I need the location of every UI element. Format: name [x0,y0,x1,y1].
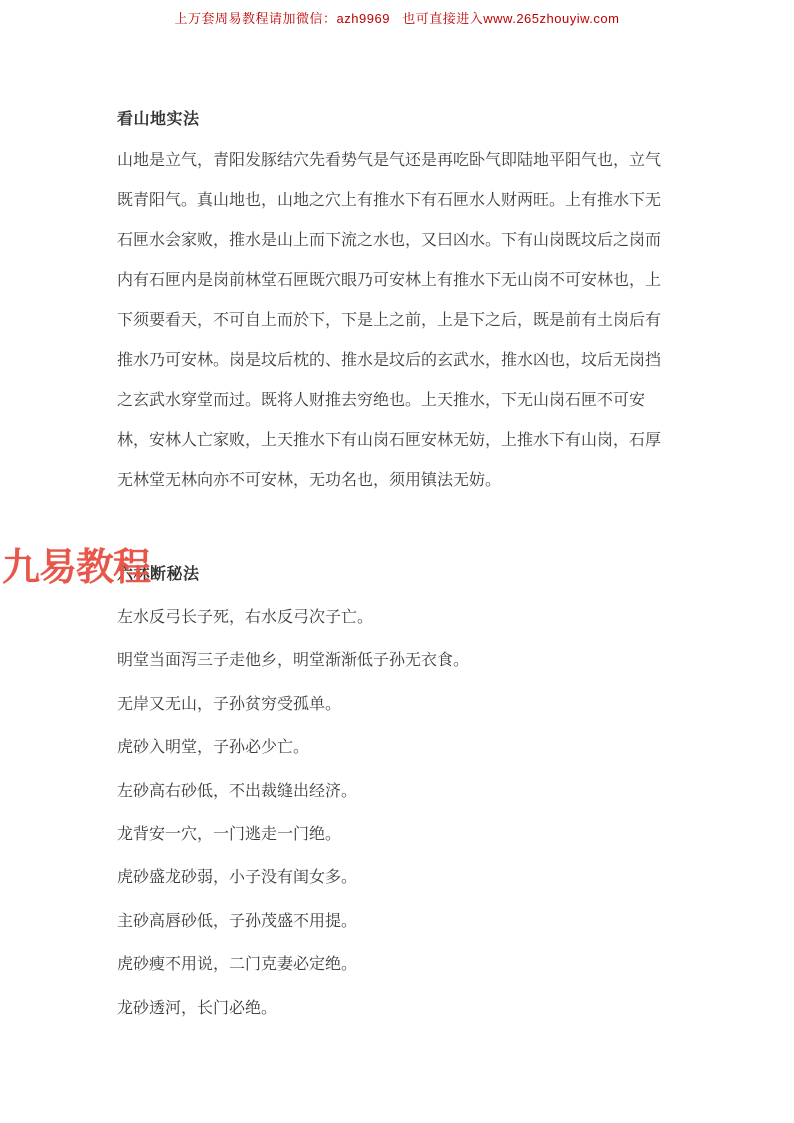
section2-list: 左水反弓长子死，右水反弓次子亡。 明堂当面泻三子走他乡，明堂渐渐低子孙无衣食。 … [117,596,683,1030]
list-line: 龙背安一穴，一门逃走一门绝。 [117,813,683,856]
list-line: 主砂高唇砂低，子孙茂盛不用提。 [117,900,683,943]
paragraph-line: 无林堂无林向亦不可安林，无功名也，须用镇法无妨。 [117,461,683,501]
document-page: 上万套周易教程请加微信：azh9969 也可直接进入www.265zhouyiw… [0,0,794,1123]
paragraph-line: 既青阳气。真山地也，山地之穴上有推水下有石匣水人财两旺。上有推水下无 [117,181,683,221]
list-line: 虎砂入明堂，子孙必少亡。 [117,726,683,769]
list-line: 无岸又无山，子孙贫穷受孤单。 [117,683,683,726]
list-line: 龙砂透河，长门必绝。 [117,987,683,1030]
paragraph-line: 推水乃可安林。岗是坟后枕的、推水是坟后的玄武水，推水凶也，坟后无岗挡 [117,341,683,381]
paragraph-line: 石匣水会家败，推水是山上而下流之水也，又曰凶水。下有山岗既坟后之岗而 [117,221,683,261]
page-header-promo-text: 上万套周易教程请加微信：azh9969 也可直接进入www.265zhouyiw… [0,8,794,27]
paragraph-line: 山地是立气，青阳发豚结穴先看势气是气还是再吃卧气即陆地平阳气也，立气 [117,141,683,181]
list-line: 左水反弓长子死，右水反弓次子亡。 [117,596,683,639]
list-line: 虎砂瘦不用说，二门克妻必定绝。 [117,943,683,986]
paragraph-line: 林，安林人亡家败，上天推水下有山岗石匣安林无妨，上推水下有山岗，石厚 [117,421,683,461]
watermark-brand-text: 九易教程 [2,536,150,591]
section1-paragraph: 山地是立气，青阳发豚结穴先看势气是气还是再吃卧气即陆地平阳气也，立气 既青阳气。… [117,141,683,501]
paragraph-line: 下须要看天，不可自上而於下，下是上之前，上是下之后，既是前有土岗后有 [117,301,683,341]
list-line: 虎砂盛龙砂弱，小子没有闺女多。 [117,856,683,899]
section1-title: 看山地实法 [117,106,200,129]
list-line: 明堂当面泻三子走他乡，明堂渐渐低子孙无衣食。 [117,639,683,682]
paragraph-line: 内有石匣内是岗前林堂石匣既穴眼乃可安林上有推水下无山岗不可安林也，上 [117,261,683,301]
list-line: 左砂高右砂低，不出裁缝出经济。 [117,770,683,813]
paragraph-line: 之玄武水穿堂而过。既将人财推去穷绝也。上天推水，下无山岗石匣不可安 [117,381,683,421]
